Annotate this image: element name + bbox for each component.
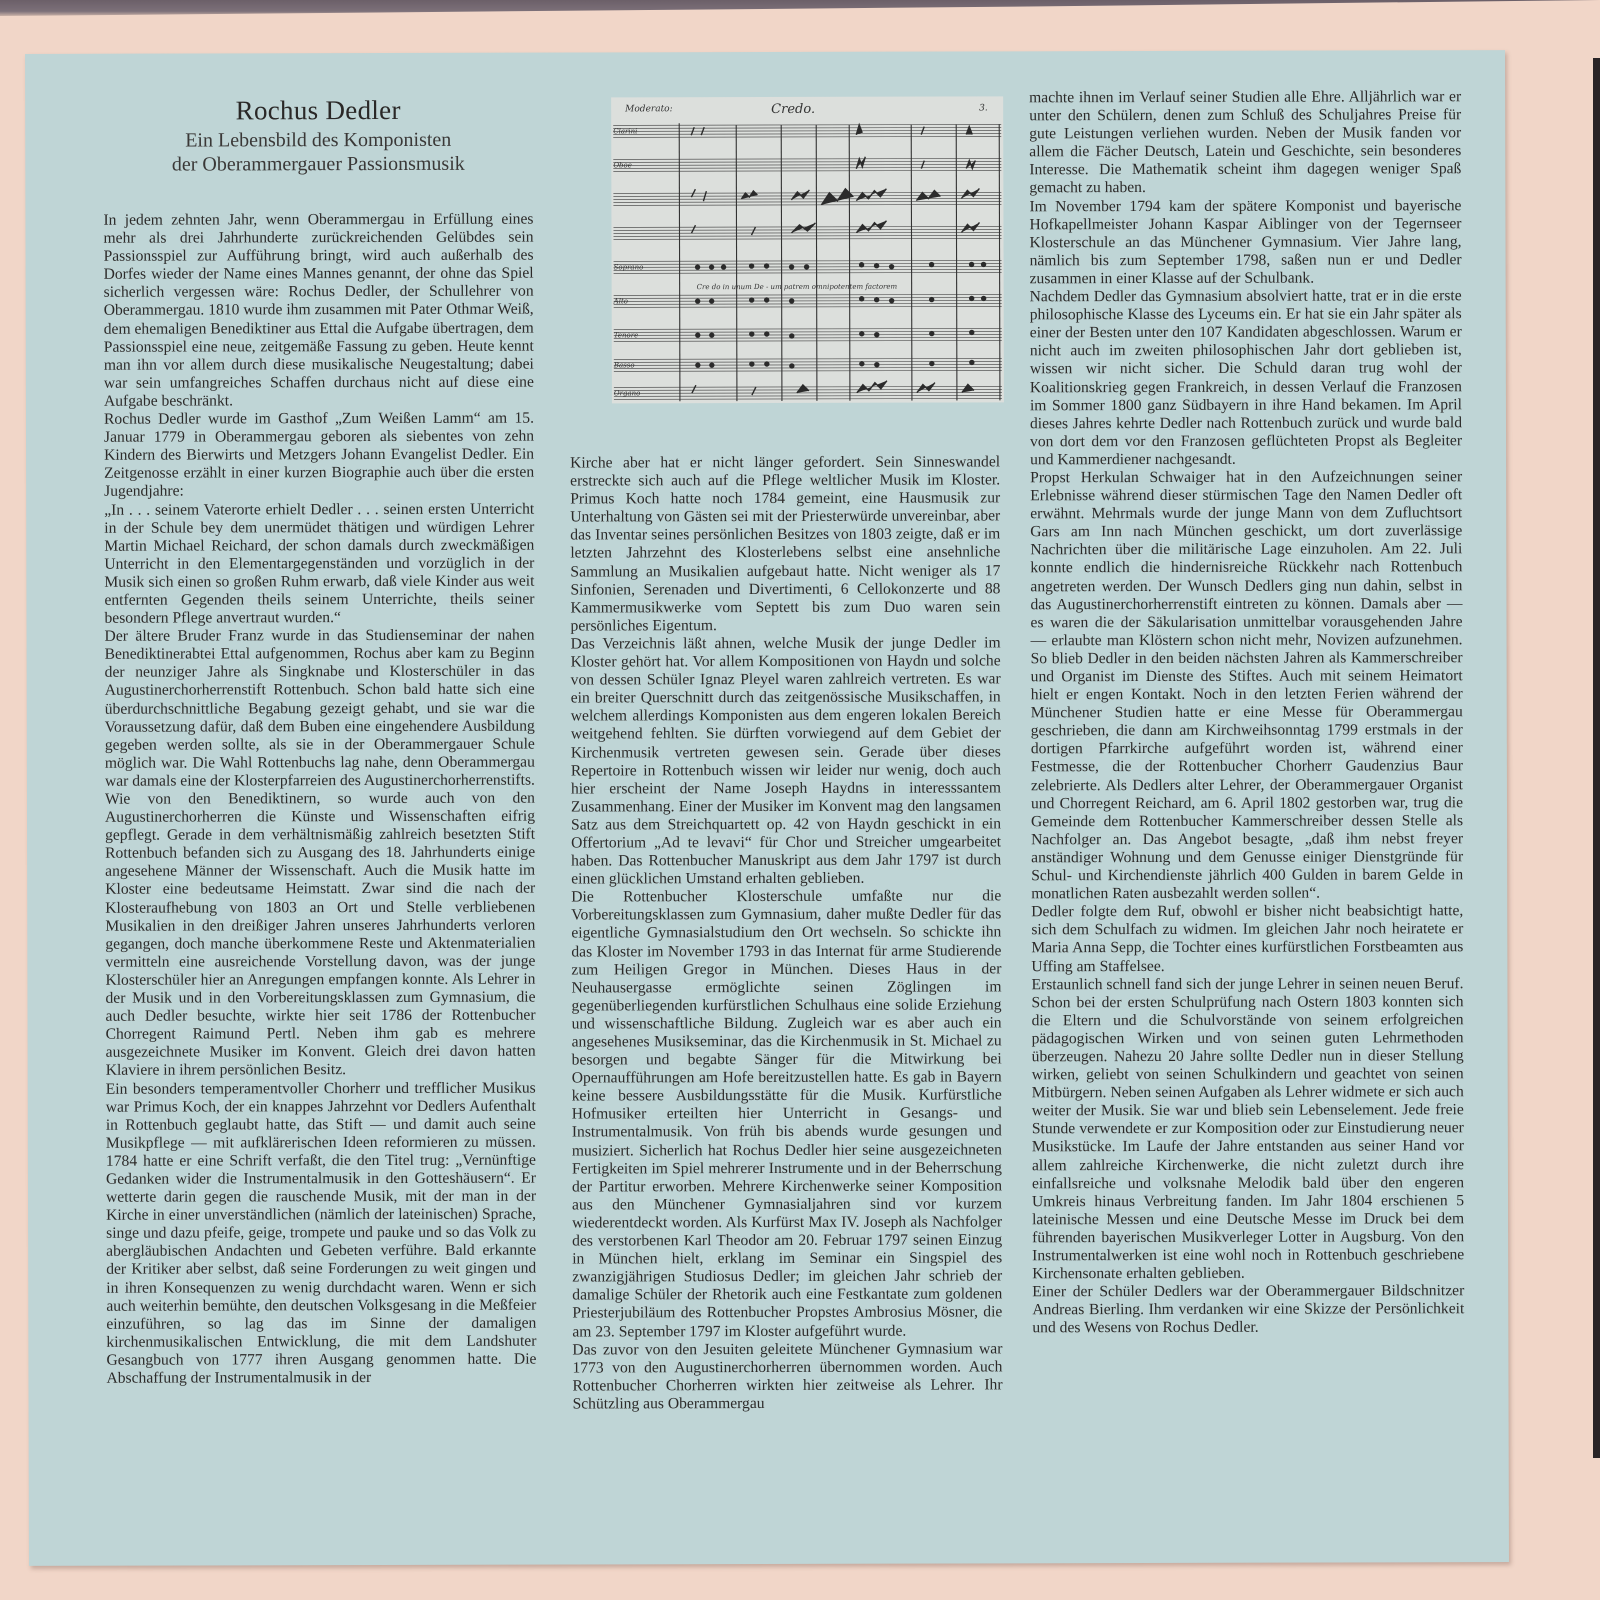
- svg-text:Soprano: Soprano: [614, 263, 644, 271]
- page-subtitle-line-2: der Oberammergauer Passionsmusik: [103, 153, 533, 176]
- paragraph: Der ältere Bruder Franz wurde in das Stu…: [105, 627, 535, 791]
- paragraph: Rochus Dedler wurde im Gasthof „Zum Weiß…: [104, 410, 534, 502]
- score-page-mark: 3.: [979, 103, 988, 113]
- paragraph: machte ihnen im Verlauf seiner Studien a…: [1029, 88, 1461, 198]
- column-left: Rochus Dedler Ein Lebensbild des Komponi…: [103, 53, 536, 1388]
- svg-text:Cre do in unum De - um patrem: Cre do in unum De - um patrem omnipotent…: [697, 283, 898, 292]
- paragraph: Kirche aber hat er nicht länger geforder…: [570, 453, 1000, 635]
- svg-text:Clarini: Clarini: [613, 127, 637, 135]
- score-staves-graphic: Moderato: Credo. 3. Clarini Oboe Soprano…: [611, 96, 1004, 403]
- column-middle: Moderato: Credo. 3. Clarini Oboe Soprano…: [569, 51, 1003, 1552]
- liner-notes-sheet: Rochus Dedler Ein Lebensbild des Komponi…: [25, 50, 1509, 1566]
- paragraph: Nachdem Dedler das Gymnasium absolviert …: [1030, 287, 1462, 469]
- svg-text:Oboe: Oboe: [613, 161, 632, 169]
- music-manuscript-image: Moderato: Credo. 3. Clarini Oboe Soprano…: [611, 96, 1004, 403]
- paragraph: Einer der Schüler Dedlers war der Oberam…: [1032, 1282, 1464, 1337]
- album-cover-edge: [1593, 58, 1600, 1458]
- left-body: In jedem zehnten Jahr, wenn Oberammergau…: [103, 211, 536, 1388]
- score-tempo-label: Moderato:: [624, 104, 672, 114]
- column-right: machte ihnen im Verlauf seiner Studien a…: [1029, 50, 1464, 1338]
- paragraph: Wie von den Benediktinern, so wurde auch…: [105, 790, 536, 1081]
- paragraph: Die Rottenbucher Klosterschule umfaßte n…: [571, 888, 1002, 1341]
- svg-text:Tenore: Tenore: [614, 331, 639, 339]
- background-surface-strip: [0, 0, 1600, 16]
- paragraph: Dedler folgte dem Ruf, obwohl er bisher …: [1031, 902, 1463, 976]
- middle-body: Kirche aber hat er nicht länger geforder…: [570, 453, 1003, 1413]
- svg-text:Basso: Basso: [613, 361, 635, 369]
- page-subtitle-line-1: Ein Lebensbild des Komponisten: [103, 129, 533, 152]
- quote-paragraph: „In . . . seinem Vaterorte erhielt Dedle…: [104, 500, 534, 628]
- page-title: Rochus Dedler: [103, 93, 533, 128]
- right-body: machte ihnen im Verlauf seiner Studien a…: [1029, 88, 1464, 1338]
- svg-text:Organo: Organo: [614, 389, 640, 397]
- paragraph: Im November 1794 kam der spätere Komponi…: [1029, 197, 1461, 289]
- staff: [613, 124, 1001, 137]
- paragraph: Das Verzeichnis läßt ahnen, welche Musik…: [571, 634, 1002, 888]
- paragraph: Propst Herkulan Schwaiger hat in den Auf…: [1030, 468, 1463, 903]
- score-movement-label: Credo.: [771, 102, 815, 117]
- svg-text:Alto: Alto: [613, 297, 628, 305]
- paragraph: Das zuvor von den Jesuiten geleitete Mün…: [572, 1340, 1002, 1414]
- paragraph: Ein besonders temperamentvoller Chorherr…: [106, 1079, 537, 1388]
- paragraph: In jedem zehnten Jahr, wenn Oberammergau…: [103, 211, 534, 411]
- paragraph: Erstaunlich schnell fand sich der junge …: [1031, 975, 1464, 1284]
